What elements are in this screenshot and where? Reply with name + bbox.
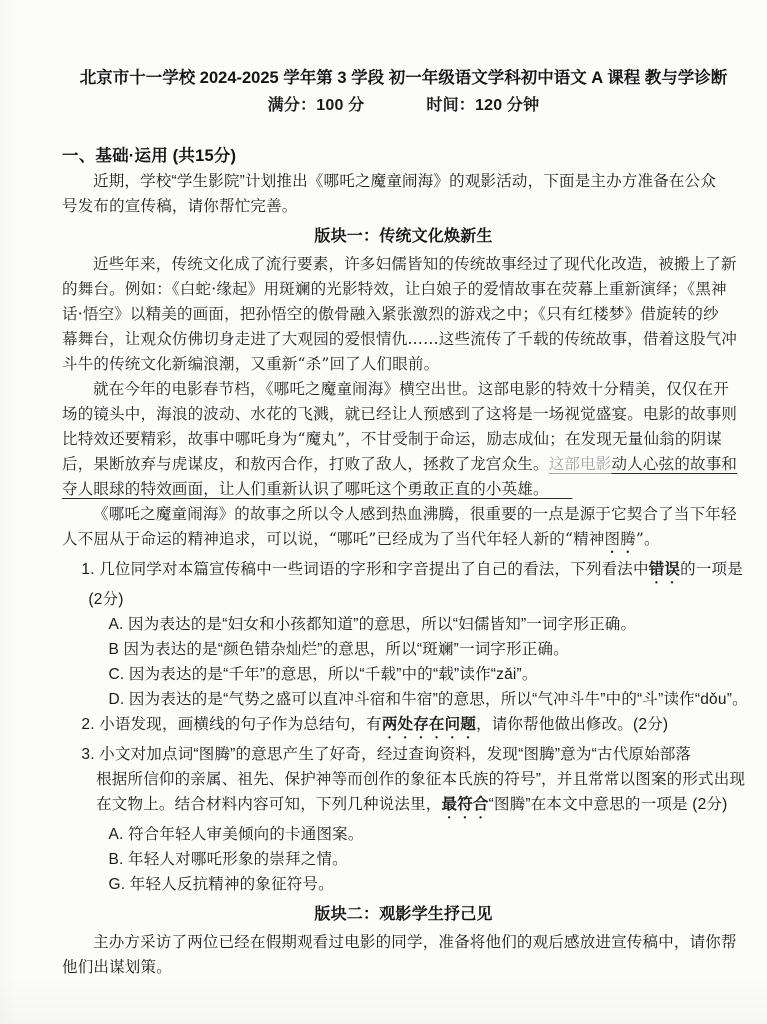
text-segment: 斗牛的传统文化新编浪潮，又重新“杀”回了人们眼前。	[62, 355, 439, 373]
text-segment: 一、基础·运用 (共15分)	[62, 147, 236, 165]
exam-body: 一、基础·运用 (共15分)近期，学校“学生影院”计划推出《哪吒之魔童闹海》的观…	[62, 144, 745, 980]
paragraph-line: 人不屈从于命运的精神追求，可以说，“哪吒”已经成为了当代年轻人新的“精神图腾”。	[62, 527, 745, 557]
question-line: (2分)	[62, 587, 745, 612]
paragraph-line: 就在今年的电影春节档，《哪吒之魔童闹海》横空出世。这部电影的特效十分精美，仅仅在…	[62, 377, 745, 402]
text-segment: 3. 小文对加点词“图腾”的意思产生了好奇，经过查询资料，发现“图腾”意为“古代…	[81, 746, 691, 763]
paragraph-line: 他们出谋划策。	[62, 955, 745, 980]
question-line: 在文物上。结合材料内容可知，下列几种说法里，最符合“图腾”在本文中意思的一项是 …	[62, 792, 745, 822]
score-label: 满分：100 分	[268, 97, 365, 114]
question-line: 1. 几位同学对本篇宣传稿中一些词语的字形和字音提出了自己的看法，下列看法中错误…	[62, 557, 745, 587]
text-segment: 比特效还要精彩，故事中哪吒身为“魔丸”，不甘受制于命运，励志成仙；在发现无量仙翁…	[62, 430, 722, 448]
text-segment: 版块一：传统文化焕新生	[314, 228, 492, 245]
text-segment: (2分)	[88, 591, 123, 608]
text-segment: B 因为表达的是“颜色错杂灿烂”的意思，所以“斑斓”一词字形正确。	[109, 641, 569, 658]
option-line: C. 因为表达的是“千年”的意思，所以“千载”中的“载”读作“zǎi”。	[62, 662, 745, 687]
text-segment: 近期，学校“学生影院”计划推出《哪吒之魔童闹海》的观影活动，下面是主办方准备在公…	[93, 173, 716, 190]
option-line: D. 因为表达的是“气势之盛可以直冲斗宿和牛宿”的意思，所以“气冲斗牛”中的“斗…	[62, 687, 745, 712]
question-line: 根据所信仰的亲属、祖先、保护神等而创作的象征本氏族的符号”，并且常常以图案的形式…	[62, 767, 745, 792]
text-segment: 最符合	[442, 796, 489, 813]
text-segment: 夺人眼球的特效画面，让人们重新认识了哪吒这个勇敢正直的小英雄。	[62, 480, 541, 498]
paragraph-line: 比特效还要精彩，故事中哪吒身为“魔丸”，不甘受制于命运，励志成仙；在发现无量仙翁…	[62, 427, 745, 452]
option-line: A. 因为表达的是“妇女和小孩都知道”的意思，所以“妇儒皆知”一词字形正确。	[62, 612, 745, 637]
text-segment: 《哪吒之魔童闹海》的故事之所以令人感到热血沸腾，很重要的一点是源于它契合了当下年…	[93, 505, 737, 523]
paragraph-line: 的舞台。例如：《白蛇·缘起》用斑斓的光影特效，让白娘子的爱情故事在荧幕上重新演绎…	[62, 277, 745, 302]
text-segment: 这部电影	[549, 455, 612, 473]
module-one-heading: 版块一：传统文化焕新生	[62, 224, 745, 249]
option-line: B 因为表达的是“颜色错杂灿烂”的意思，所以“斑斓”一词字形正确。	[62, 637, 745, 662]
paragraph-line: 近些年来，传统文化成了流行要素，许多妇儒皆知的传统故事经过了现代化改造，被搬上了…	[62, 252, 745, 277]
text-segment: 在文物上。结合材料内容可知，下列几种说法里，	[96, 796, 441, 813]
text-segment: B. 年轻人对哪吒形象的崇拜之情。	[109, 851, 348, 868]
option-line: A. 符合年轻人审美倾向的卡通图案。	[62, 822, 745, 847]
paragraph-line: 后，果断放弃与虎谋皮，和敖丙合作，打败了敌人，拯救了龙宫众生。这部电影动人心弦的…	[62, 452, 745, 477]
paragraph-line: 夺人眼球的特效画面，让人们重新认识了哪吒这个勇敢正直的小英雄。	[62, 477, 745, 502]
scanned-exam-page: 北京市十一学校 2024-2025 学年第 3 学段 初一年级语文学科初中语文 …	[0, 0, 767, 1024]
text-segment: 版块二：观影学生抒己见	[314, 906, 492, 923]
text-segment: A. 因为表达的是“妇女和小孩都知道”的意思，所以“妇儒皆知”一词字形正确。	[109, 616, 637, 633]
text-segment: 图腾	[604, 530, 635, 548]
exam-meta: 满分：100 分时间：120 分钟	[62, 93, 745, 118]
question-line: 3. 小文对加点词“图腾”的意思产生了好奇，经过查询资料，发现“图腾”意为“古代…	[62, 742, 745, 767]
text-segment: 号发布的宣传稿，请你帮忙完善。	[62, 198, 298, 215]
text-segment	[541, 480, 572, 498]
intro-line: 近期，学校“学生影院”计划推出《哪吒之魔童闹海》的观影活动，下面是主办方准备在公…	[62, 169, 745, 194]
text-segment: 后，果断放弃与虎谋皮，和敖丙合作，打败了敌人，拯救了龙宫众生。	[62, 455, 549, 473]
paragraph-line: 场的镜头中，海浪的波动、水花的飞溅，就已经让人预感到了这将是一场视觉盛宴。电影的…	[62, 402, 745, 427]
text-segment: 动人心弦的故事和	[612, 455, 738, 473]
paragraph-line: 《哪吒之魔童闹海》的故事之所以令人感到热血沸腾，很重要的一点是源于它契合了当下年…	[62, 502, 745, 527]
text-segment: 人不屈从于命运的精神追求，可以说，“哪吒”已经成为了当代年轻人新的“精神	[62, 530, 604, 548]
section-heading: 一、基础·运用 (共15分)	[62, 144, 745, 169]
text-segment: G. 年轻人反抗精神的象征符号。	[109, 876, 334, 893]
intro-line: 号发布的宣传稿，请你帮忙完善。	[62, 194, 745, 219]
paragraph-line: 斗牛的传统文化新编浪潮，又重新“杀”回了人们眼前。	[62, 352, 745, 377]
text-segment: 主办方采访了两位已经在假期观看过电影的同学，准备将他们的观后感放进宣传稿中，请你…	[93, 934, 737, 951]
paragraph-line: 主办方采访了两位已经在假期观看过电影的同学，准备将他们的观后感放进宣传稿中，请你…	[62, 930, 745, 955]
time-label: 时间：120 分钟	[426, 97, 539, 114]
text-segment: C. 因为表达的是“千年”的意思，所以“千载”中的“载”读作“zǎi”。	[109, 666, 538, 683]
paragraph-line: 幕舞台，让观众仿佛切身走进了大观园的爱恨情仇……这些流传了千载的传统故事，借着这…	[62, 327, 745, 352]
text-segment: 幕舞台，让观众仿佛切身走进了大观园的爱恨情仇……这些流传了千载的传统故事，借着这…	[62, 330, 737, 348]
text-segment: 两处存在问题	[382, 716, 476, 733]
text-segment: 1. 几位同学对本篇宣传稿中一些词语的字形和字音提出了自己的看法，下列看法中	[81, 561, 648, 578]
text-segment: 场的镜头中，海浪的波动、水花的飞溅，就已经让人预感到了这将是一场视觉盛宴。电影的…	[62, 405, 737, 423]
text-segment: ”。	[636, 530, 660, 548]
paragraph-line: 话·悟空》以精美的画面，把孙悟空的傲骨融入紧张激烈的游戏之中；《只有红楼梦》借旋…	[62, 302, 745, 327]
text-segment: 话·悟空》以精美的画面，把孙悟空的傲骨融入紧张激烈的游戏之中；《只有红楼梦》借旋…	[62, 305, 719, 323]
question-line: 2. 小语发现，画横线的句子作为总结句，有两处存在问题，请你帮他做出修改。(2分…	[62, 712, 745, 742]
text-segment: 他们出谋划策。	[62, 959, 172, 976]
text-segment: 近些年来，传统文化成了流行要素，许多妇儒皆知的传统故事经过了现代化改造，被搬上了…	[93, 255, 737, 273]
text-segment: “图腾”在本文中意思的一项是 (2分)	[489, 796, 728, 813]
text-segment: A. 符合年轻人审美倾向的卡通图案。	[109, 826, 364, 843]
option-line: G. 年轻人反抗精神的象征符号。	[62, 872, 745, 897]
text-segment: 错误	[649, 561, 680, 578]
text-segment: 的一项是	[680, 561, 743, 578]
option-line: B. 年轻人对哪吒形象的崇拜之情。	[62, 847, 745, 872]
module-two-heading: 版块二：观影学生抒己见	[62, 902, 745, 927]
exam-title: 北京市十一学校 2024-2025 学年第 3 学段 初一年级语文学科初中语文 …	[62, 66, 745, 91]
text-segment: 的舞台。例如：《白蛇·缘起》用斑斓的光影特效，让白娘子的爱情故事在荧幕上重新演绎…	[62, 280, 727, 298]
text-segment: 2. 小语发现，画横线的句子作为总结句，有	[81, 716, 381, 733]
text-segment: 就在今年的电影春节档，《哪吒之魔童闹海》横空出世。这部电影的特效十分精美，仅仅在…	[93, 380, 729, 398]
text-segment: D. 因为表达的是“气势之盛可以直冲斗宿和牛宿”的意思，所以“气冲斗牛”中的“斗…	[109, 691, 746, 708]
text-segment: ，请你帮他做出修改。(2分)	[476, 716, 668, 733]
text-segment: 根据所信仰的亲属、祖先、保护神等而创作的象征本氏族的符号”，并且常常以图案的形式…	[96, 771, 745, 788]
